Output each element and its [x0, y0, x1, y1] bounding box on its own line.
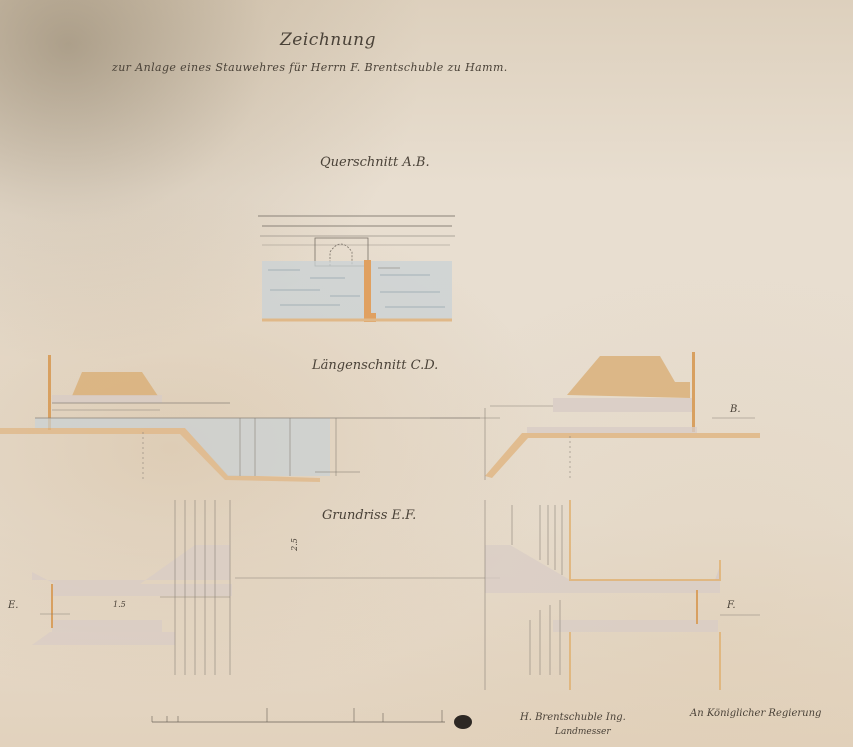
signature-left: H. Brentschuble Ing.	[520, 712, 626, 723]
drawing-sheet: Zeichnung zur Anlage eines Stauwehres fü…	[0, 0, 853, 747]
signature-left-sub: Landmesser	[555, 727, 611, 737]
longitudinal-section-cd-drawing	[0, 352, 760, 482]
annotation-f: F.	[727, 600, 736, 611]
annotation-b: B.	[730, 404, 741, 415]
signature-right: An Königlicher Regierung	[690, 708, 821, 719]
technical-drawing	[0, 0, 853, 747]
cross-section-ab-drawing	[258, 216, 455, 322]
scale-bar	[152, 708, 472, 729]
dimension-left: 1.5	[113, 600, 126, 609]
plan-ef-drawing	[32, 500, 760, 690]
annotation-e: E.	[8, 600, 18, 611]
dimension-mid: 2.5	[290, 538, 299, 551]
